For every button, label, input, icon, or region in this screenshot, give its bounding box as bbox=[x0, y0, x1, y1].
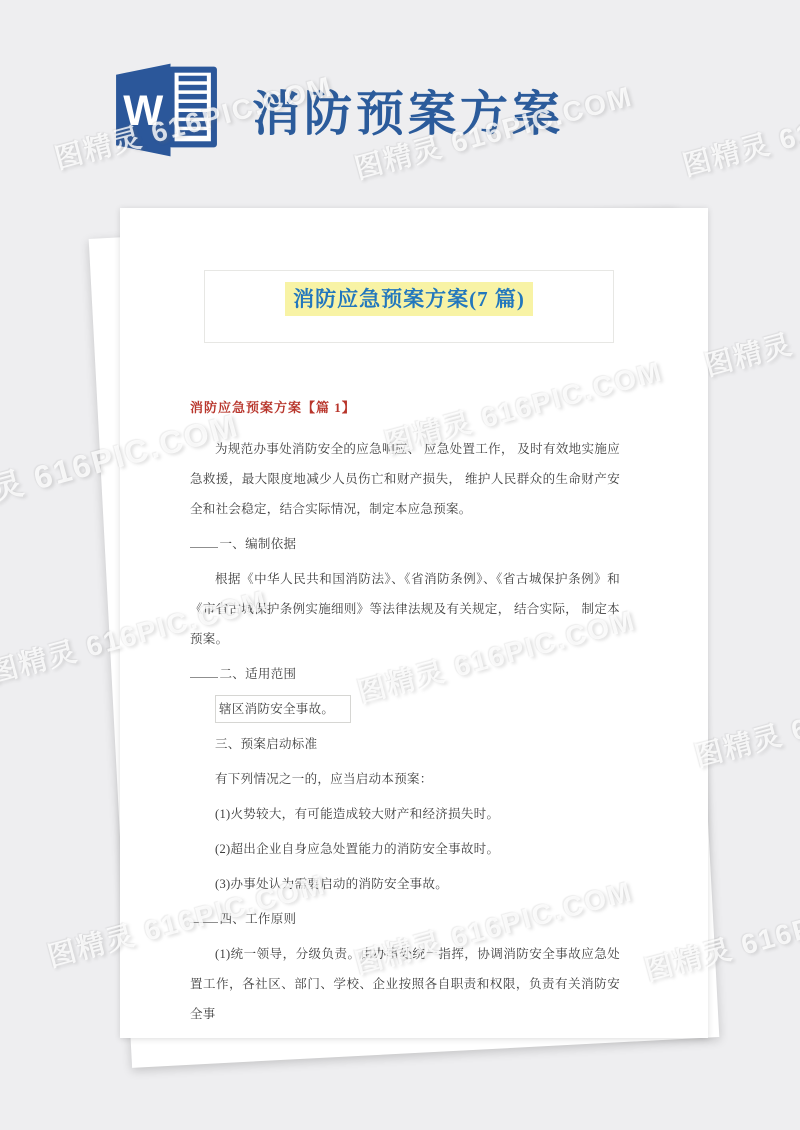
document-title: 消防应急预案方案(7 篇) bbox=[285, 282, 533, 316]
document-body: 为规范办事处消防安全的应急响应、 应急处置工作， 及时有效地实施应急救援，最大限… bbox=[190, 434, 620, 1029]
preview-canvas: W 消防预案方案 消防应急预案方案(7 篇) 消防应急预案方案【篇 1】 为规范… bbox=[0, 0, 800, 1130]
doc-paragraph: 四、工作原则 bbox=[190, 904, 620, 934]
header: W 消防预案方案 bbox=[108, 58, 564, 160]
doc-paragraph: 三、预案启动标准 bbox=[190, 729, 620, 759]
boxed-text: 辖区消防安全事故。 bbox=[215, 695, 351, 723]
doc-paragraph: (3)办事处认为需要启动的消防安全事故。 bbox=[190, 869, 620, 899]
doc-paragraph: 一、编制依据 bbox=[190, 529, 620, 559]
doc-paragraph: 二、适用范围 bbox=[190, 659, 620, 689]
word-icon-letter: W bbox=[123, 87, 163, 134]
doc-paragraph: (2)超出企业自身应急处置能力的消防安全事故时。 bbox=[190, 834, 620, 864]
watermark: 图精灵 616PIC.COM bbox=[678, 72, 800, 185]
document-section-heading: 消防应急预案方案【篇 1】 bbox=[190, 397, 620, 416]
tab-underline bbox=[190, 534, 218, 548]
watermark: 图精灵 616PIC.COM bbox=[700, 272, 800, 385]
page-title: 消防预案方案 bbox=[252, 75, 564, 144]
doc-paragraph: 有下列情况之一的，应当启动本预案： bbox=[190, 764, 620, 794]
document-title-box: 消防应急预案方案(7 篇) bbox=[204, 270, 614, 343]
doc-paragraph: 辖区消防安全事故。 bbox=[190, 694, 620, 724]
doc-paragraph: 根据《中华人民共和国消防法》、《省消防条例》、《省古城保护条例》和《市省古城保护… bbox=[190, 564, 620, 654]
tab-underline bbox=[190, 664, 218, 678]
doc-paragraph: (1)火势较大，有可能造成较大财产和经济损失时。 bbox=[190, 799, 620, 829]
doc-paragraph: 为规范办事处消防安全的应急响应、 应急处置工作， 及时有效地实施应急救援，最大限… bbox=[190, 434, 620, 524]
word-icon: W bbox=[108, 58, 224, 160]
document-page: 消防应急预案方案(7 篇) 消防应急预案方案【篇 1】 为规范办事处消防安全的应… bbox=[120, 208, 708, 1038]
tab-underline bbox=[190, 909, 218, 923]
doc-paragraph: (1)统一领导，分级负责。由办事处统一指挥，协调消防安全事故应急处置工作，各社区… bbox=[190, 939, 620, 1029]
